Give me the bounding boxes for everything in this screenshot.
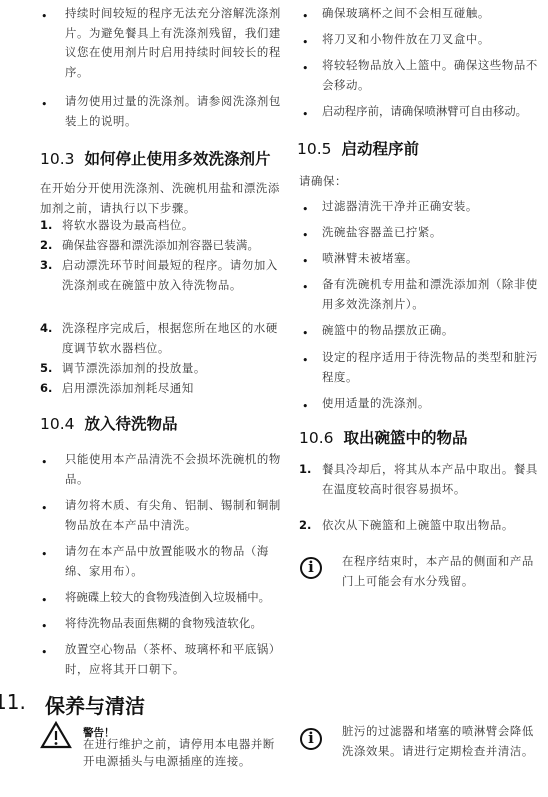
bullet-icon: •	[41, 647, 48, 658]
list-item: 设定的程序适用于待洗物品的类型和脏污程度。	[322, 348, 544, 387]
bullet-icon: •	[41, 99, 48, 110]
list-item: 将较轻物品放入上篮中。确保这些物品不会移动。	[322, 56, 544, 95]
list-item: 将碗碟上较大的食物残渣倒入垃圾桶中。	[65, 588, 295, 608]
section-heading-10-6: 10.6取出碗篮中的物品	[299, 426, 468, 448]
step-number: 1.	[299, 462, 311, 476]
section-heading-10-5: 10.5启动程序前	[297, 137, 419, 159]
step-number: 3.	[40, 258, 52, 272]
info-icon: i	[300, 728, 322, 750]
list-item: 持续时间较短的程序无法充分溶解洗涤剂片。为避免餐具上有洗涤剂残留，我们建议您在使…	[65, 4, 290, 82]
chapter-title: 保养与清洁	[45, 690, 145, 719]
bullet-icon: •	[41, 621, 48, 632]
bullet-icon: •	[302, 230, 309, 241]
list-item: 确保玻璃杯之间不会相互碰触。	[322, 4, 548, 24]
list-item: 请勿将木质、有尖角、铝制、锡制和铜制物品放在本产品中清洗。	[65, 496, 285, 535]
list-item: 只能使用本产品清洗不会损坏洗碗机的物品。	[65, 450, 285, 489]
chapter-number: 11.	[0, 690, 26, 714]
section-number: 10.6	[299, 429, 334, 447]
list-item: 过滤器清洗干净并正确安装。	[322, 197, 548, 217]
step-number: 2.	[40, 238, 52, 252]
step-text: 依次从下碗篮和上碗篮中取出物品。	[322, 516, 548, 536]
bullet-icon: •	[302, 63, 309, 74]
section-intro: 请确保：	[299, 172, 539, 192]
list-item: 喷淋臂未被堵塞。	[322, 249, 548, 269]
step-text: 将软水器设为最高档位。	[62, 216, 290, 236]
step-text: 启动漂洗环节时间最短的程序。请勿加入洗涤剂或在碗篮中放入待洗物品。	[62, 256, 282, 295]
bullet-icon: •	[41, 549, 48, 560]
warning-icon	[40, 721, 72, 749]
bullet-icon: •	[302, 109, 309, 120]
step-text: 餐具冷却后，将其从本产品中取出。餐具在温度较高时很容易损坏。	[322, 460, 546, 499]
list-item: 启动程序前，请确保喷淋臂可自由移动。	[322, 102, 548, 122]
bullet-icon: •	[41, 457, 48, 468]
list-item: 备有洗碗机专用盐和漂洗添加剂（除非使用多效洗涤剂片）。	[322, 275, 544, 314]
list-item: 将刀叉和小物件放在刀叉盒中。	[322, 30, 548, 50]
bullet-icon: •	[302, 401, 309, 412]
step-number: 4.	[40, 321, 52, 335]
bullet-icon: •	[302, 11, 309, 22]
bullet-icon: •	[302, 256, 309, 267]
step-number: 2.	[299, 518, 311, 532]
section-number: 10.4	[40, 415, 75, 433]
step-text: 启用漂洗添加剂耗尽通知	[62, 379, 290, 399]
bullet-icon: •	[41, 595, 48, 606]
list-item: 碗篮中的物品摆放正确。	[322, 321, 548, 341]
step-text: 调节漂洗添加剂的投放量。	[62, 359, 290, 379]
list-item: 请勿在本产品中放置能吸水的物品（海绵、家用布）。	[65, 542, 285, 581]
section-heading-10-4: 10.4放入待洗物品	[40, 412, 178, 434]
bullet-icon: •	[302, 355, 309, 366]
step-number: 1.	[40, 218, 52, 232]
list-item: 使用适量的洗涤剂。	[322, 394, 548, 414]
section-title: 启动程序前	[342, 140, 420, 158]
bullet-icon: •	[302, 37, 309, 48]
step-number: 6.	[40, 381, 52, 395]
bullet-icon: •	[302, 204, 309, 215]
list-item: 放置空心物品（茶杯、玻璃杯和平底锅）时，应将其开口朝下。	[65, 640, 285, 679]
section-number: 10.5	[297, 140, 332, 158]
bullet-icon: •	[41, 503, 48, 514]
list-item: 请勿使用过量的洗涤剂。请参阅洗涤剂包装上的说明。	[65, 92, 290, 131]
section-title: 取出碗篮中的物品	[344, 429, 468, 447]
list-item: 洗碗盐容器盖已拧紧。	[322, 223, 548, 243]
info-icon: i	[300, 557, 322, 579]
list-item: 将待洗物品表面焦糊的食物残渣软化。	[65, 614, 295, 634]
step-text: 洗涤程序完成后，根据您所在地区的水硬度调节软水器档位。	[62, 319, 282, 358]
section-heading-10-3: 10.3如何停止使用多效洗涤剂片	[40, 147, 271, 169]
info-note: 在程序结束时，本产品的侧面和产品门上可能会有水分残留。	[342, 552, 542, 591]
section-title: 放入待洗物品	[85, 415, 178, 433]
section-intro: 在开始分开使用洗涤剂、洗碗机用盐和漂洗添加剂之前，请执行以下步骤。	[40, 179, 290, 218]
warning-text: 在进行维护之前，请停用本电器并断开电源插头与电源插座的连接。	[83, 736, 278, 770]
section-number: 10.3	[40, 150, 75, 168]
step-number: 5.	[40, 361, 52, 375]
bullet-icon: •	[41, 11, 48, 22]
bullet-icon: •	[302, 328, 309, 339]
step-text: 确保盐容器和漂洗添加剂容器已装满。	[62, 236, 297, 256]
bullet-icon: •	[302, 282, 309, 293]
section-title: 如何停止使用多效洗涤剂片	[85, 150, 271, 168]
info-note: 脏污的过滤器和堵塞的喷淋臂会降低洗涤效果。请进行定期检查并清洁。	[342, 722, 542, 761]
